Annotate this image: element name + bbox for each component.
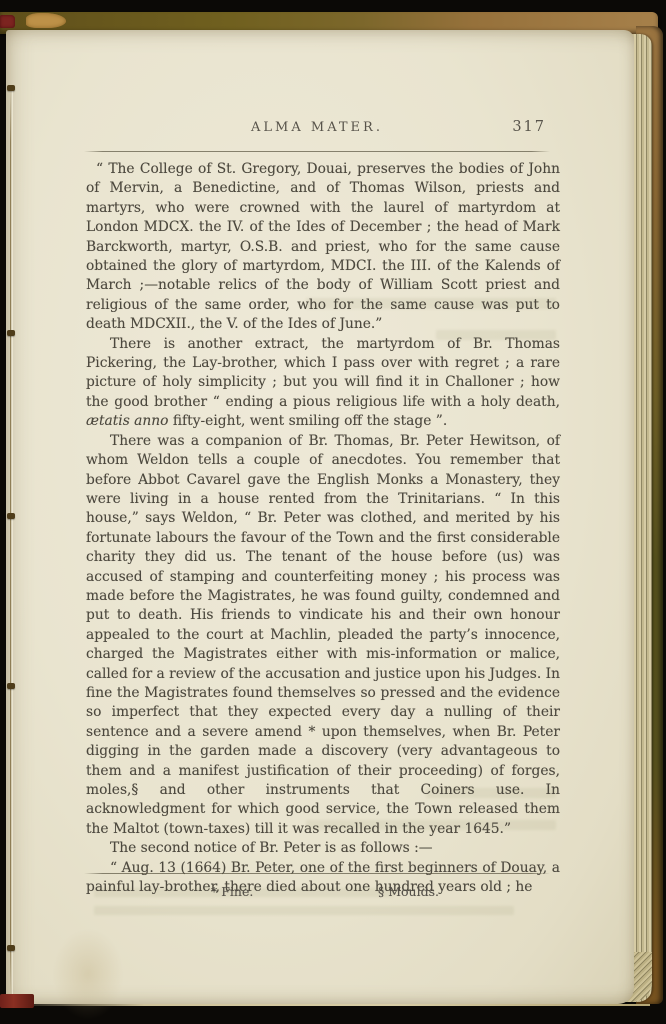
page-bottom-edge-highlight	[18, 1004, 650, 1006]
paragraph-segment: There is another extract, the martyrdom …	[86, 336, 560, 410]
running-header: ALMA MATER. 317	[86, 120, 548, 140]
page-header-title: ALMA MATER.	[86, 120, 548, 135]
stitch-mark	[7, 945, 15, 951]
book-photograph: ALMA MATER. 317 “ The College of St. Gre…	[0, 0, 666, 1024]
header-rule	[84, 151, 550, 152]
footnote-moulds: § Moulds.	[378, 884, 439, 899]
page-body: “ The College of St. Gregory, Douai, pre…	[86, 160, 560, 897]
stitch-mark	[7, 85, 15, 91]
spine-fragment-red	[0, 15, 15, 28]
paragraph-second-notice: The second notice of Br. Peter is as fol…	[86, 839, 560, 858]
paragraph-segment-italic: ætatis anno	[86, 413, 168, 429]
footnotes: * Fine. § Moulds.	[6, 884, 634, 904]
stitch-mark	[7, 513, 15, 519]
paper-stain	[52, 928, 124, 1020]
paragraph-segment: fifty-eight, went smiling off the stage …	[168, 413, 447, 429]
paragraph-thomas-pickering: There is another extract, the martyrdom …	[86, 335, 560, 432]
stitch-mark	[7, 683, 15, 689]
gutter-fold-line	[10, 88, 11, 996]
spine-fragment-tan	[26, 13, 66, 28]
bleedthrough-smudge	[94, 906, 514, 915]
footnote-rule	[84, 873, 550, 874]
book-page: ALMA MATER. 317 “ The College of St. Gre…	[6, 30, 634, 1004]
gutter-highlight	[12, 88, 13, 996]
footnote-fine: * Fine.	[211, 884, 253, 899]
paragraph-peter-hewitson: There was a companion of Br. Thomas, Br.…	[86, 432, 560, 840]
binding-fragment-red-bottom	[0, 994, 34, 1008]
stitch-mark	[7, 330, 15, 336]
page-number: 317	[512, 119, 546, 135]
paragraph-college-st-gregory: “ The College of St. Gregory, Douai, pre…	[86, 160, 560, 335]
